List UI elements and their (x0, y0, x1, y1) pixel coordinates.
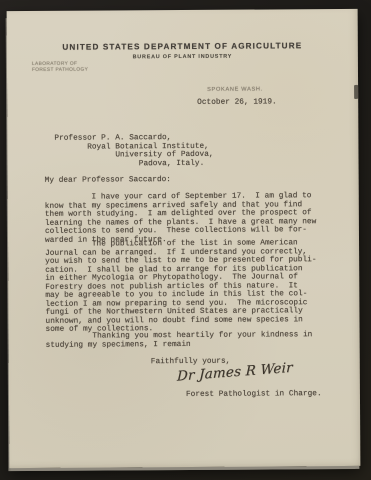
body-paragraph-2: The publication of the list in some Amer… (45, 239, 317, 334)
date-line: October 26, 1919. (197, 98, 277, 107)
signer-title: Forest Pathologist in Charge. (186, 390, 322, 399)
recipient-address: Professor P. A. Saccardo, Royal Botanica… (54, 134, 213, 169)
letterhead-department: UNITED STATES DEPARTMENT OF AGRICULTURE (7, 41, 358, 52)
paper-edge-smudge (354, 85, 358, 99)
body-paragraph-3: Thanking you most heartily for your kind… (46, 331, 313, 350)
letter-paper: UNITED STATES DEPARTMENT OF AGRICULTURE … (7, 9, 361, 468)
place-line: SPOKANE WASH. (207, 87, 263, 93)
office-stamp: LABORATORY OF FOREST PATHOLOGY (32, 62, 88, 74)
office-stamp-line2: FOREST PATHOLOGY (32, 68, 88, 74)
salutation: My dear Professor Saccardo: (45, 176, 171, 185)
body-paragraph-1: I have your card of September 17. I am g… (45, 192, 317, 245)
letterhead-bureau: BUREAU OF PLANT INDUSTRY (7, 53, 358, 61)
